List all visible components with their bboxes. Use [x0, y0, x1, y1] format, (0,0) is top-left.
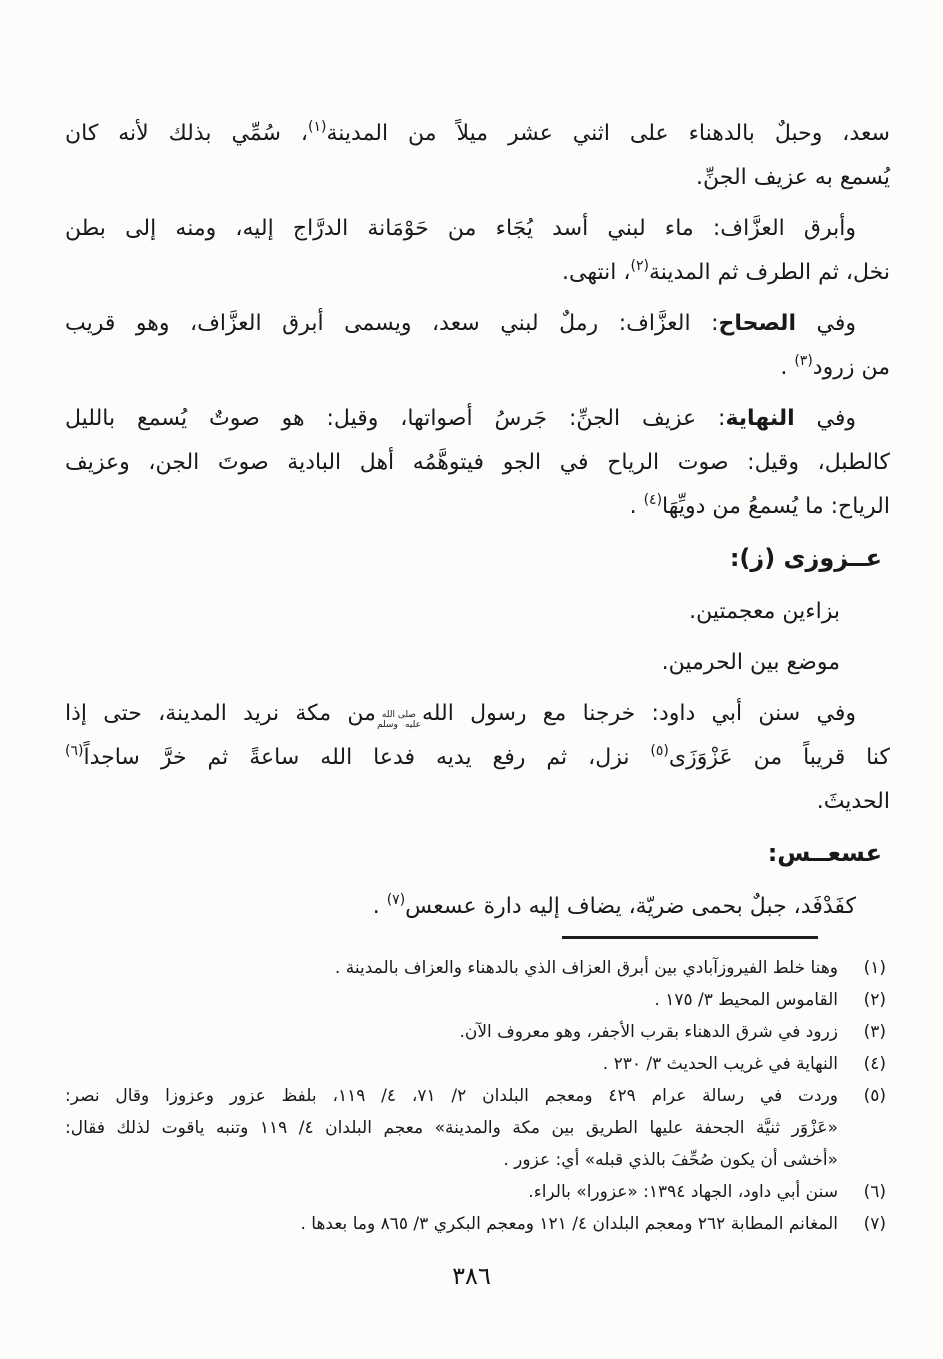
body-line: كفَدْفَد، جبلٌ بحمى ضريّة، يضاف إليه دار… [65, 885, 890, 929]
footnote-ref-6: (٦) [65, 743, 83, 759]
footnote-3: (٣) زرود في شرق الدهناء بقرب الأجفر، وهو… [65, 1016, 890, 1048]
footnote-text-content: زرود في شرق الدهناء بقرب الأجفر، وهو معر… [459, 1022, 838, 1042]
body-text: من مكة نريد المدينة، حتى إذا [65, 701, 376, 726]
body-line: كالطبل، وقيل: صوت الرياح في الجو فيتوهَّ… [65, 441, 890, 485]
page-number: ٣٨٦ [0, 1262, 943, 1290]
footnote-marker: (٦) [864, 1176, 886, 1208]
footnote-ref-3: (٣) [794, 353, 812, 369]
footnote-2: (٢) القاموس المحيط ٣/ ١٧٥ . [65, 984, 890, 1016]
body-text: كنا قريباً من عَزْوَزَى [669, 745, 890, 770]
footnote-marker: (٥) [864, 1080, 886, 1112]
footnote-text: المغانم المطابة ٢٦٢ ومعجم البلدان ٤/ ١٢١… [65, 1208, 838, 1240]
footnote-separator [562, 936, 818, 939]
body-text: سعد، وحبلٌ بالدهناء على اثني عشر ميلاً م… [326, 121, 890, 146]
footnotes-section: (١) وهنا خلط الفيروزآبادي بين أبرق العزا… [65, 952, 890, 1240]
footnote-text-content: وهنا خلط الفيروزآبادي بين أبرق العزاف ال… [335, 958, 838, 978]
body-text: الحديثَ. [817, 789, 890, 814]
body-text: . [630, 494, 644, 519]
body-line: كنا قريباً من عَزْوَزَى(٥) نزل، ثم رفع ي… [65, 736, 890, 780]
footnote-text: النهاية في غريب الحديث ٣/ ٢٣٠ . [65, 1048, 838, 1080]
body-text: ، سُمِّي بذلك لأنه كان [65, 121, 308, 146]
body-line: سعد، وحبلٌ بالدهناء على اثني عشر ميلاً م… [65, 112, 890, 156]
body-text: من زرود [813, 355, 890, 380]
body-line: نخل، ثم الطرف ثم المدينة(٢)، انتهى. [65, 251, 890, 295]
paragraph-saad: سعد، وحبلٌ بالدهناء على اثني عشر ميلاً م… [65, 112, 890, 200]
footnote-text-content: المغانم المطابة ٢٦٢ ومعجم البلدان ٤/ ١٢١… [300, 1214, 838, 1234]
footnote-text: زرود في شرق الدهناء بقرب الأجفر، وهو معر… [65, 1016, 838, 1048]
footnote-text: وهنا خلط الفيروزآبادي بين أبرق العزاف ال… [65, 952, 838, 984]
footnote-ref-1: (١) [308, 119, 326, 135]
footnote-ref-4: (٤) [644, 492, 662, 508]
body-line: الحديثَ. [65, 780, 890, 824]
body-text: وفي سنن أبي داود: خرجنا مع رسول الله [422, 701, 856, 726]
heading-text: عسعــس: [768, 839, 882, 867]
body-line: موضع بين الحرمين. [65, 641, 890, 685]
body-line: وفي سنن أبي داود: خرجنا مع رسول اللهصلى … [65, 692, 890, 736]
body-line: يُسمع به عزيف الجنِّ. [65, 156, 890, 200]
footnote-marker: (٤) [864, 1048, 886, 1080]
scanned-book-page: سعد، وحبلٌ بالدهناء على اثني عشر ميلاً م… [0, 0, 943, 1359]
footnote-ref-5: (٥) [650, 743, 668, 759]
footnote-text-content: النهاية في غريب الحديث ٣/ ٢٣٠ . [603, 1054, 838, 1074]
paragraph-nihaya: وفي النهاية: عزيف الجنِّ: جَرسُ أصواتها،… [65, 397, 890, 529]
body-text: نخل، ثم الطرف ثم المدينة [649, 260, 890, 285]
page-body-text: سعد، وحبلٌ بالدهناء على اثني عشر ميلاً م… [65, 112, 890, 936]
paragraph-sihah: وفي الصحاح: العزَّاف: رملٌ لبني سعد، ويس… [65, 302, 890, 390]
footnote-7: (٧) المغانم المطابة ٢٦٢ ومعجم البلدان ٤/… [65, 1208, 890, 1240]
body-text: وأبرق العزَّاف: ماء لبني أسد يُجَاء من ح… [65, 216, 856, 241]
body-text: يُسمع به عزيف الجنِّ. [696, 165, 890, 190]
footnote-text-content: وردت في رسالة عرام ٤٢٩ ومعجم البلدان ٢/ … [65, 1086, 838, 1106]
footnote-ref-2: (٢) [630, 258, 648, 274]
footnote-5: (٥) وردت في رسالة عرام ٤٢٩ ومعجم البلدان… [65, 1080, 890, 1176]
body-text: نزل، ثم رفع يديه فدعا الله ساعةً ثم خرَّ… [83, 745, 650, 770]
paragraph-spelling-note: بزاءين معجمتين. [65, 590, 890, 634]
footnote-6: (٦) سنن أبي داود، الجهاد ١٣٩٤: «عزورا» ب… [65, 1176, 890, 1208]
body-line: وفي الصحاح: العزَّاف: رملٌ لبني سعد، ويس… [65, 302, 890, 346]
footnote-text: وردت في رسالة عرام ٤٢٩ ومعجم البلدان ٢/ … [65, 1080, 838, 1112]
body-text: كفَدْفَد، جبلٌ بحمى ضريّة، يضاف إليه دار… [405, 894, 856, 919]
footnote-text-content: «أخشى أن يكون صُحِّفَ بالذي قبله» أي: عز… [503, 1150, 838, 1170]
paragraph-kafadfad: كفَدْفَد، جبلٌ بحمى ضريّة، يضاف إليه دار… [65, 885, 890, 929]
body-line: من زرود(٣) . [65, 346, 890, 390]
body-text: موضع بين الحرمين. [662, 650, 840, 675]
footnote-ref-7: (٧) [387, 892, 405, 908]
footnote-marker: (٣) [864, 1016, 886, 1048]
footnote-marker: (١) [864, 952, 886, 984]
body-text: : عزيف الجنِّ: جَرسُ أصواتها، وقيل: هو ص… [65, 406, 725, 431]
entry-heading-asas: عسعــس: [65, 831, 890, 875]
footnote-text: «عَزْوَر ثنيَّة الجحفة عليها الطريق بين … [65, 1112, 838, 1144]
footnote-4: (٤) النهاية في غريب الحديث ٣/ ٢٣٠ . [65, 1048, 890, 1080]
footnote-text-content: سنن أبي داود، الجهاد ١٣٩٤: «عزورا» بالرا… [528, 1182, 838, 1202]
body-text: . [373, 894, 387, 919]
body-text: . [780, 355, 794, 380]
salawat-symbol: صلى الله عليه وسلم [377, 710, 421, 730]
paragraph-abraq-alazzaf: وأبرق العزَّاف: ماء لبني أسد يُجَاء من ح… [65, 207, 890, 295]
entry-heading-azawza: عــزوزى (ز): [65, 536, 890, 580]
heading-text: عــزوزى (ز): [730, 544, 882, 572]
footnote-marker: (٧) [864, 1208, 886, 1240]
footnote-marker: (٢) [864, 984, 886, 1016]
body-text: الرياح: ما يُسمعُ من دويِّهَا [662, 494, 890, 519]
book-title-sihah: الصحاح [719, 311, 796, 336]
paragraph-sunan-abi-dawud: وفي سنن أبي داود: خرجنا مع رسول اللهصلى … [65, 692, 890, 824]
book-title-nihaya: النهاية [725, 406, 794, 431]
body-line: وأبرق العزَّاف: ماء لبني أسد يُجَاء من ح… [65, 207, 890, 251]
body-line: بزاءين معجمتين. [65, 590, 890, 634]
body-text: وفي [796, 311, 856, 336]
footnote-text-content: «عَزْوَر ثنيَّة الجحفة عليها الطريق بين … [65, 1118, 838, 1138]
footnote-text: سنن أبي داود، الجهاد ١٣٩٤: «عزورا» بالرا… [65, 1176, 838, 1208]
body-text: كالطبل، وقيل: صوت الرياح في الجو فيتوهَّ… [65, 450, 890, 475]
footnote-text: «أخشى أن يكون صُحِّفَ بالذي قبله» أي: عز… [65, 1144, 838, 1176]
footnote-1: (١) وهنا خلط الفيروزآبادي بين أبرق العزا… [65, 952, 890, 984]
body-line: وفي النهاية: عزيف الجنِّ: جَرسُ أصواتها،… [65, 397, 890, 441]
body-line: الرياح: ما يُسمعُ من دويِّهَا(٤) . [65, 485, 890, 529]
paragraph-location-note: موضع بين الحرمين. [65, 641, 890, 685]
body-text: : العزَّاف: رملٌ لبني سعد، ويسمى أبرق ال… [65, 311, 719, 336]
footnote-text-content: القاموس المحيط ٣/ ١٧٥ . [654, 990, 838, 1010]
body-text: بزاءين معجمتين. [689, 599, 840, 624]
body-text: وفي [795, 406, 856, 431]
body-text: ، انتهى. [562, 260, 630, 285]
footnote-text: القاموس المحيط ٣/ ١٧٥ . [65, 984, 838, 1016]
